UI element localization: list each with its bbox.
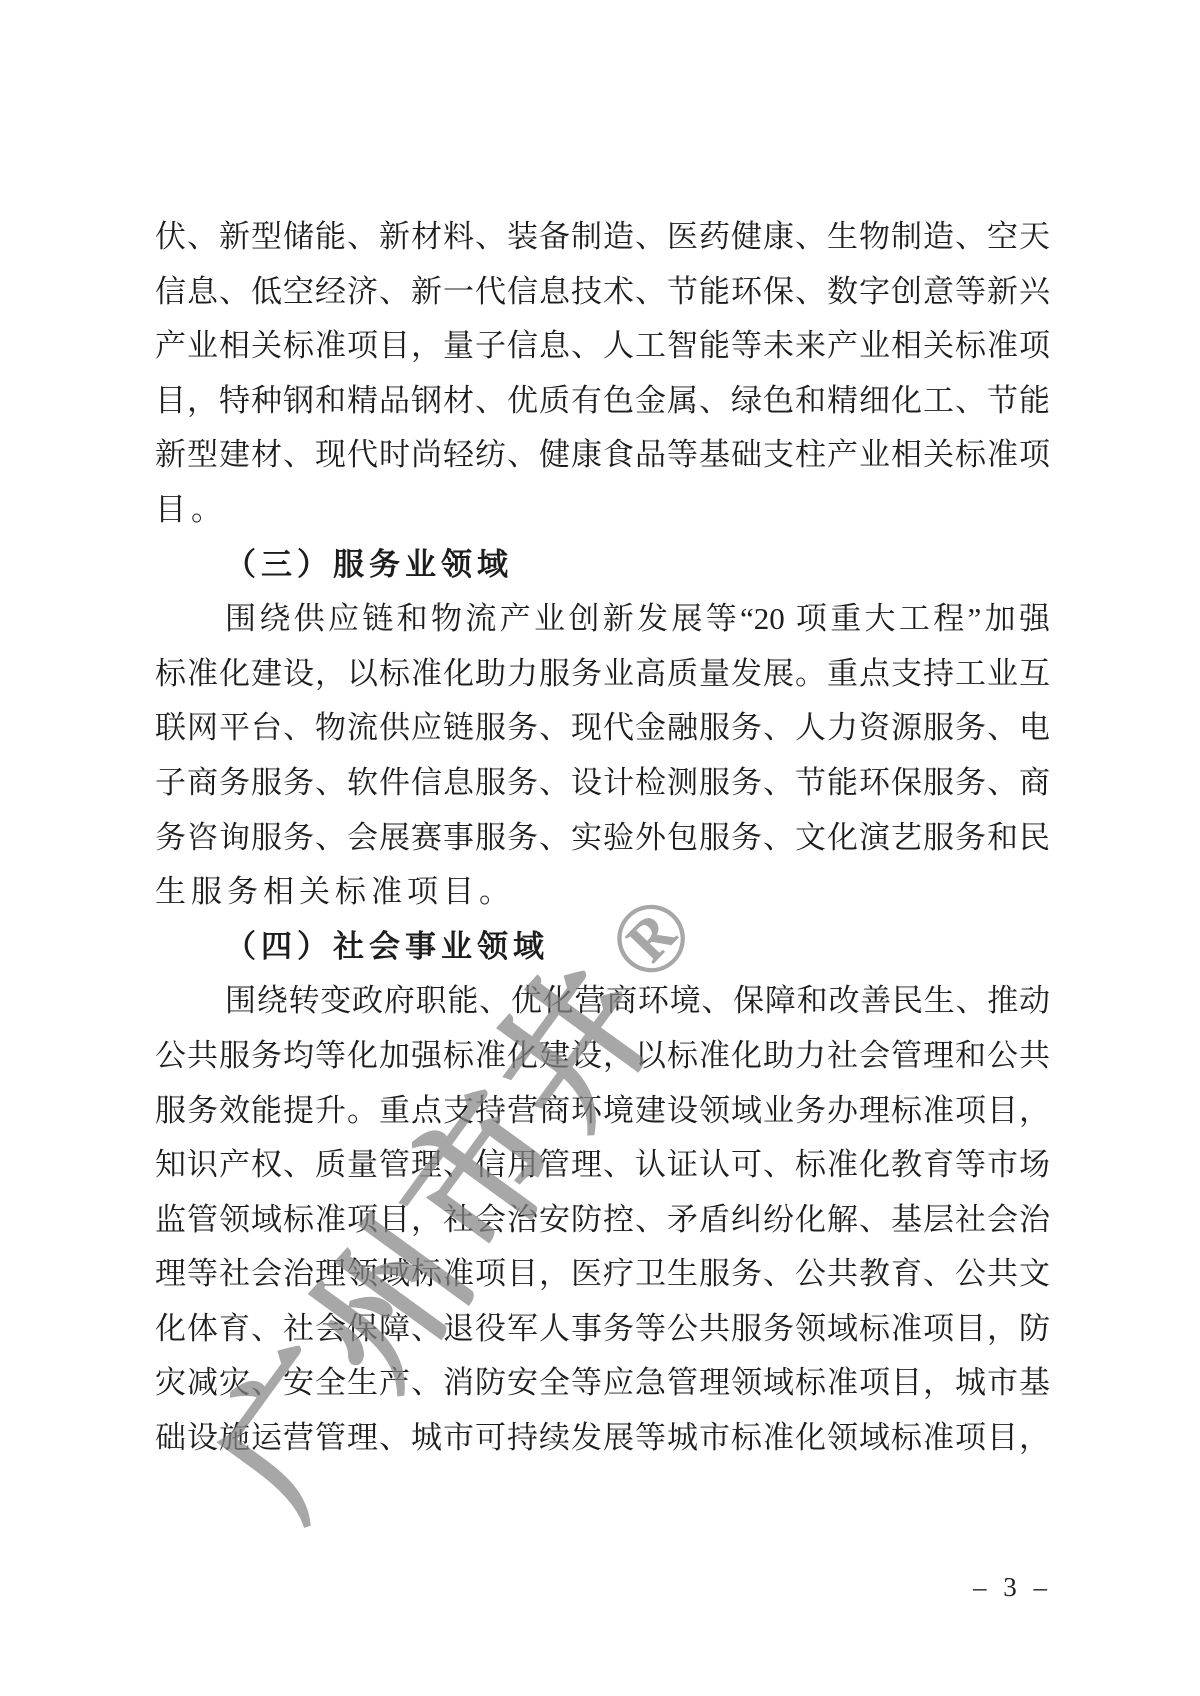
text-line: 服务效能提升。重点支持营商环境建设领域业务办理标准项目， xyxy=(155,1084,1050,1139)
text-line: 标准化建设，以标准化助力服务业高质量发展。重点支持工业互 xyxy=(155,647,1050,702)
text-line: 理等社会治理领域标准项目，医疗卫生服务、公共教育、公共文 xyxy=(155,1247,1050,1302)
document-page: 伏、新型储能、新材料、装备制造、医药健康、生物制造、空天信息、低空经济、新一代信… xyxy=(0,0,1200,1696)
text-line: 新型建材、现代时尚轻纺、健康食品等基础支柱产业相关标准项 xyxy=(155,428,1050,483)
text-line: 产业相关标准项目，量子信息、人工智能等未来产业相关标准项 xyxy=(155,319,1050,374)
text-line: 务咨询服务、会展赛事服务、实验外包服务、文化演艺服务和民 xyxy=(155,811,1050,866)
document-body: 伏、新型储能、新材料、装备制造、医药健康、生物制造、空天信息、低空经济、新一代信… xyxy=(155,210,1050,1466)
text-line: 化体育、社会保障、退役军人事务等公共服务领域标准项目，防 xyxy=(155,1302,1050,1357)
text-line: 目，特种钢和精品钢材、优质有色金属、绿色和精细化工、节能 xyxy=(155,374,1050,429)
text-line: 子商务服务、软件信息服务、设计检测服务、节能环保服务、商 xyxy=(155,756,1050,811)
text-line: 伏、新型储能、新材料、装备制造、医药健康、生物制造、空天 xyxy=(155,210,1050,265)
section-heading: （四）社会事业领域 xyxy=(155,920,1050,975)
text-line: 目。 xyxy=(155,483,1050,538)
text-line: 公共服务均等化加强标准化建设，以标准化助力社会管理和公共 xyxy=(155,1029,1050,1084)
text-line: 联网平台、物流供应链服务、现代金融服务、人力资源服务、电 xyxy=(155,701,1050,756)
page-number: – 3 – xyxy=(973,1572,1052,1603)
text-line: 灾减灾、安全生产、消防安全等应急管理领域标准项目，城市基 xyxy=(155,1356,1050,1411)
text-line: 知识产权、质量管理、信用管理、认证认可、标准化教育等市场 xyxy=(155,1138,1050,1193)
section-heading: （三）服务业领域 xyxy=(155,538,1050,593)
text-line: 础设施运营管理、城市可持续发展等城市标准化领域标准项目， xyxy=(155,1411,1050,1466)
text-line: 生服务相关标准项目。 xyxy=(155,865,1050,920)
text-line: 信息、低空经济、新一代信息技术、节能环保、数字创意等新兴 xyxy=(155,265,1050,320)
text-line: 围绕转变政府职能、优化营商环境、保障和改善民生、推动 xyxy=(155,974,1050,1029)
text-line: 监管领域标准项目，社会治安防控、矛盾纠纷化解、基层社会治 xyxy=(155,1193,1050,1248)
text-line: 围绕供应链和物流产业创新发展等“20 项重大工程”加强 xyxy=(155,592,1050,647)
